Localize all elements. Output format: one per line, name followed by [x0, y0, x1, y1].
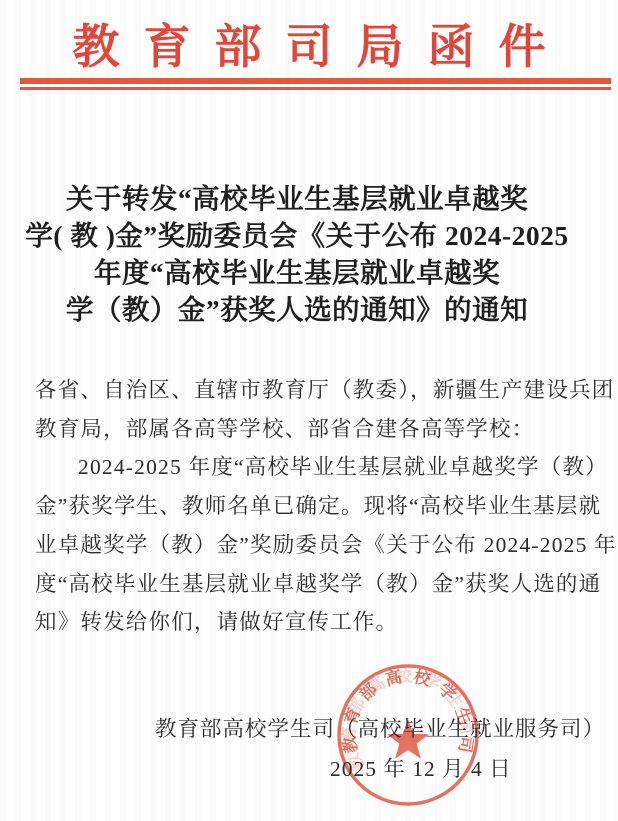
document-body: 各省、自治区、直辖市教育厅（教委），新疆生产建设兵团 教育局，部属各高等学校、部…	[35, 371, 595, 642]
body-line: 各省、自治区、直辖市教育厅（教委），新疆生产建设兵团	[35, 371, 595, 410]
masthead-divider-thin	[20, 87, 611, 90]
signature-date: 2025 年 12 月 4 日	[330, 752, 490, 783]
masthead-divider-thick	[20, 78, 611, 84]
signature-department: 教育部高校学生司（高校毕业生就业服务司）	[0, 712, 605, 743]
document-title-line-2: 学( 教 )金”奖励委员会《关于公布 2024-2025	[0, 217, 594, 254]
document-page: 教育部司局函件 关于转发“高校毕业生基层就业卓越奖 学( 教 )金”奖励委员会《…	[0, 0, 618, 821]
body-line: 2024-2025 年度“高校毕业生基层就业卓越奖学（教）	[35, 448, 595, 487]
document-title-line-3: 年度“高校毕业生基层就业卓越奖	[0, 254, 594, 291]
document-title-line-1: 关于转发“高校毕业生基层就业卓越奖	[0, 180, 594, 217]
body-line: 教育局，部属各高等学校、部省合建各高等学校：	[35, 410, 595, 449]
body-line: 度“高校毕业生基层就业卓越奖学（教）金”获奖人选的通	[35, 565, 595, 604]
body-line: 知》转发给你们，请做好宣传工作。	[35, 603, 595, 642]
body-line: 金”获奖学生、教师名单已确定。现将“高校毕业生基层就	[35, 487, 595, 526]
document-title-line-4: 学（教）金”获奖人选的通知》的通知	[0, 291, 594, 328]
body-line: 业卓越奖学（教）金”奖励委员会《关于公布 2024-2025 年	[35, 526, 595, 565]
masthead-title: 教育部司局函件	[0, 10, 618, 77]
document-title: 关于转发“高校毕业生基层就业卓越奖 学( 教 )金”奖励委员会《关于公布 202…	[0, 180, 594, 328]
